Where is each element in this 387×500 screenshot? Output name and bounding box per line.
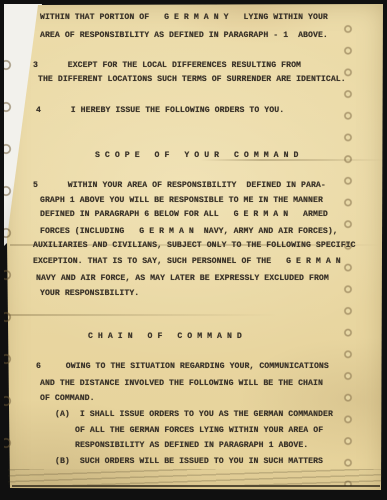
typewritten-text: WITHIN THAT PORTION OF G E R M A N Y LYI… xyxy=(0,0,387,500)
document-line: (B) SUCH ORDERS WILL BE ISSUED TO YOU IN… xyxy=(55,457,323,467)
document-line: 4 I HEREBY ISSUE THE FOLLOWING ORDERS TO… xyxy=(36,106,284,116)
document-line: GRAPH 1 ABOVE YOU WILL BE RESPONSIBLE TO… xyxy=(40,196,323,206)
document-line: AREA OF RESPONSIBILITY AS DEFINED IN PAR… xyxy=(40,31,328,41)
document-line: 3 EXCEPT FOR THE LOCAL DIFFERENCES RESUL… xyxy=(33,61,301,71)
document-line: AND THE DISTANCE INVOLVED THE FOLLOWING … xyxy=(40,379,323,389)
document-line: AUXILIARIES AND CIVILIANS, SUBJECT ONLY … xyxy=(33,241,356,251)
document-line: 6 OWING TO THE SITUATION REGARDING YOUR,… xyxy=(36,362,329,372)
document-line: WITHIN THAT PORTION OF G E R M A N Y LYI… xyxy=(40,13,328,23)
document-line: YOUR RESPONSIBILITY. xyxy=(40,289,139,299)
document-line: RESPONSIBILITY AS DEFINED IN PARAGRAPH 1… xyxy=(75,441,308,451)
section-heading-scope: S C O P E O F Y O U R C O M M A N D xyxy=(95,151,299,161)
document-line: 5 WITHIN YOUR AREA OF RESPONSIBILITY DEF… xyxy=(33,181,326,191)
document-line: (A) I SHALL ISSUE ORDERS TO YOU AS THE G… xyxy=(55,410,333,420)
section-heading-chain: C H A I N O F C O M M A N D xyxy=(88,332,242,342)
document-line: OF COMMAND. xyxy=(40,394,95,404)
document-line: OF ALL THE GERMAN FORCES LYING WITHIN YO… xyxy=(75,426,323,436)
scanned-document: WITHIN THAT PORTION OF G E R M A N Y LYI… xyxy=(0,0,387,500)
document-line: FORCES (INCLUDING G E R M A N NAVY, ARMY… xyxy=(40,227,338,237)
document-line: NAVY AND AIR FORCE, AS MAY LATER BE EXPR… xyxy=(36,274,329,284)
document-line: EXCEPTION. THAT IS TO SAY, SUCH PERSONNE… xyxy=(33,257,341,267)
document-line: THE DIFFERENT LOCATIONS SUCH TERMS OF SU… xyxy=(38,75,346,85)
document-line: DEFINED IN PARAGRAPH 6 BELOW FOR ALL G E… xyxy=(40,210,328,220)
